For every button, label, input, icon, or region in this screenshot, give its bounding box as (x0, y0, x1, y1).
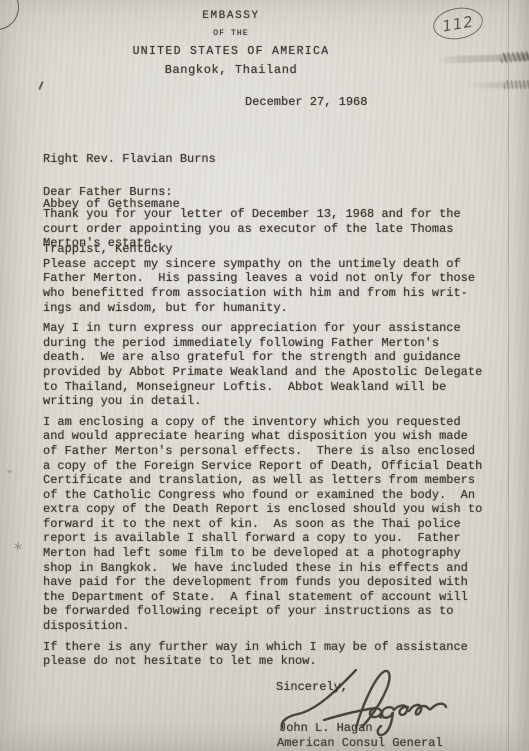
letterhead: EMBASSY OF THE UNITED STATES OF AMERICA … (61, 9, 401, 77)
letter-paragraph: If there is any further way in which I m… (43, 640, 499, 669)
letter-body: Thank you for your letter of December 13… (43, 207, 499, 675)
letterhead-country: UNITED STATES OF AMERICA (61, 45, 401, 60)
salutation: Dear Father Burns: (43, 185, 173, 200)
scanned-letter-page: * EMBASSY OF THE UNITED STATES OF AMERIC… (0, 0, 529, 751)
page-edge-strip (509, 0, 529, 751)
letter-paragraph: Thank you for your letter of December 13… (43, 207, 499, 251)
circled-page-number: 112 (431, 4, 486, 43)
signer-name: John L. Hagan (279, 721, 373, 736)
left-margin-smudge (7, 470, 12, 473)
signer-title: American Consul General (277, 736, 443, 751)
recipient-name: Right Rev. Flavian Burns (43, 152, 216, 168)
left-margin-tick-mark (38, 81, 44, 90)
letterhead-of-the: OF THE (61, 27, 401, 42)
letter-paragraph: May I in turn express our appreciation f… (43, 321, 499, 409)
letterhead-embassy: EMBASSY (61, 9, 401, 24)
letter-paragraph: Please accept my sincere sympathy on the… (43, 257, 499, 315)
letterhead-city: Bangkok, Thailand (61, 63, 401, 78)
corner-circled-mark (0, 0, 23, 34)
left-margin-asterisk-mark: * (11, 539, 23, 560)
letter-paragraph: I am enclosing a copy of the inventory w… (43, 415, 499, 634)
letter-date: December 27, 1968 (245, 95, 367, 110)
page-number-text: 112 (441, 12, 475, 35)
closing: Sincerely, (276, 680, 348, 695)
